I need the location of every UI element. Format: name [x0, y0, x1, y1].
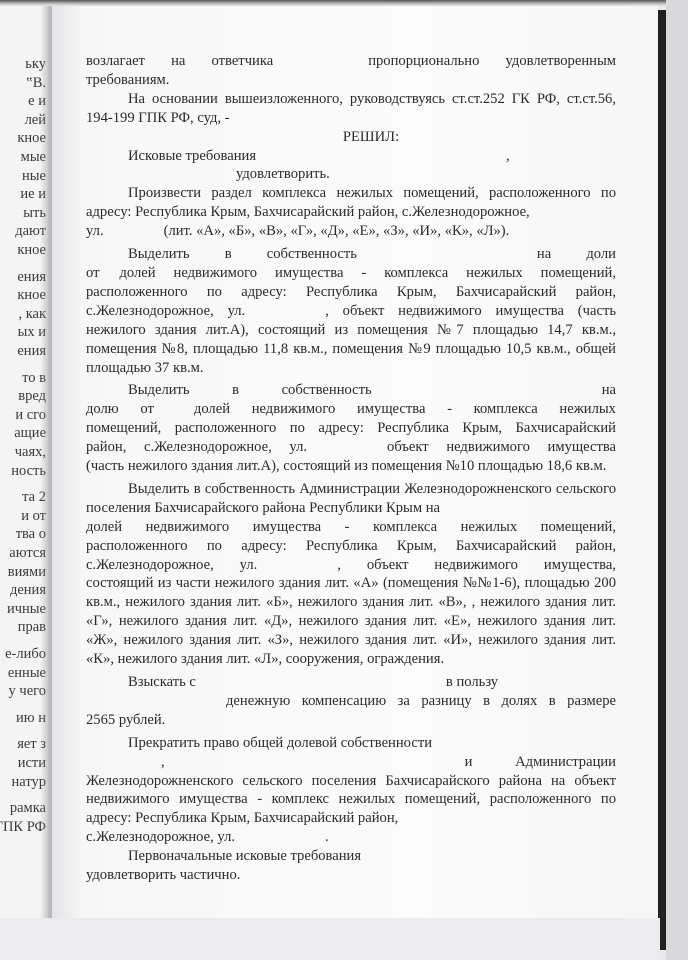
text: от — [86, 265, 99, 281]
text: Выделить в собственность — [128, 246, 357, 262]
paragraph-allocate-admin-line2: долей недвижимого имущества - комплекса … — [86, 518, 616, 537]
paragraph-allocate-2-details: (часть нежилого здания лит.А), состоящий… — [86, 457, 616, 476]
text: требованиям. — [86, 72, 169, 88]
text: с.Железнодорожное, ул. — [86, 303, 245, 319]
text: удовлетворить. — [236, 166, 330, 182]
text: пропорционально удовлетворенным — [368, 53, 616, 69]
document-body: возлагает на ответчикапропорционально уд… — [86, 52, 616, 885]
text: на доли — [537, 246, 616, 262]
paragraph-allocate-1-line3: расположенного по адресу: Республика Кры… — [86, 283, 616, 302]
paragraph-terminate-line2: ,и Администрации — [86, 753, 616, 772]
text: с.Железнодорожное, ул. — [86, 829, 235, 845]
paragraph-allocate-1-details: нежилого здания лит.А), состоящий из пом… — [86, 321, 616, 378]
scan-right-margin — [666, 0, 688, 960]
paragraph-terminate: Прекратить право общей долевой собственн… — [86, 734, 616, 753]
text: Исковые требования — [128, 148, 256, 164]
decision-heading: РЕШИЛ: — [86, 128, 616, 147]
paragraph-grounds: На основании вышеизложенного, руководств… — [86, 90, 616, 128]
paragraph-claims-end: удовлетворить. — [86, 165, 616, 184]
paragraph-compensation: Взыскать св пользу — [86, 673, 616, 692]
page-right-edge — [658, 10, 666, 950]
paragraph-costs: возлагает на ответчикапропорционально уд… — [86, 52, 616, 71]
text: . — [325, 829, 329, 845]
text: район, с.Железнодорожное, ул. — [86, 439, 307, 455]
text: и Администрации — [465, 754, 616, 770]
text: ул. — [86, 223, 104, 239]
paragraph-initial-claims-end: удовлетворить частично. — [86, 866, 616, 885]
paragraph-initial-claims: Первоначальные исковые требования — [86, 847, 616, 866]
text: объект недвижимого имущества — [387, 439, 616, 455]
text: на — [602, 382, 616, 398]
paragraph-compensation-line2: денежную компенсацию за разницу в долях … — [86, 692, 616, 711]
text: Взыскать с — [128, 674, 196, 690]
paragraph-terminate-body: Железнодорожненского сельского поселения… — [86, 772, 616, 829]
text: (лит. «А», «Б», «В», «Г», «Д», «Е», «З»,… — [164, 223, 510, 239]
paragraph-allocate-2-line2: долю отдолей недвижимого имущества - ком… — [86, 400, 616, 419]
paragraph-partition: Произвести раздел комплекса нежилых поме… — [86, 184, 616, 222]
scan-bottom-margin — [0, 918, 660, 960]
paragraph-allocate-1: Выделить в собственностьна доли — [86, 245, 616, 264]
text: долей недвижимого имущества - комплекса … — [119, 265, 616, 281]
text: денежную компенсацию за разницу в долях … — [226, 693, 616, 709]
paragraph-terminate-end: с.Железнодорожное, ул.. — [86, 828, 616, 847]
paragraph-partition-end: ул.(лит. «А», «Б», «В», «Г», «Д», «Е», «… — [86, 222, 616, 241]
text: возлагает на ответчика — [86, 53, 273, 69]
text: долю от — [86, 401, 154, 417]
text: , — [161, 754, 165, 770]
paragraph-allocate-2: Выделить в собственностьна — [86, 381, 616, 400]
paragraph-allocate-2-line4: район, с.Железнодорожное, ул.объект недв… — [86, 438, 616, 457]
text: , объект недвижимого имущества (часть — [325, 303, 616, 319]
paragraph-allocate-admin-details: состоящий из части нежилого здания лит. … — [86, 574, 616, 669]
paragraph-allocate-2-line3: помещений, расположенного по адресу: Рес… — [86, 419, 616, 438]
paragraph-allocate-1-line2: отдолей недвижимого имущества - комплекс… — [86, 264, 616, 283]
text: в пользу — [446, 674, 498, 690]
paragraph-compensation-amount: 2565 рублей. — [86, 711, 616, 730]
paragraph-claims: Исковые требования, — [86, 147, 616, 166]
paragraph-allocate-admin-line3: расположенного по адресу: Республика Кры… — [86, 537, 616, 556]
paragraph-allocate-admin: Выделить в собственность Администрации Ж… — [86, 480, 616, 518]
text: , — [506, 148, 510, 164]
text: Выделить в собственность — [128, 382, 372, 398]
paragraph-allocate-admin-line4: с.Железнодорожное, ул., объект недвижимо… — [86, 556, 616, 575]
text: с.Железнодорожное, ул. — [86, 557, 257, 573]
text: , объект недвижимого имущества, — [337, 557, 616, 573]
text: долей недвижимого имущества - комплекса … — [194, 401, 616, 417]
paragraph-costs-end: требованиям. — [86, 71, 616, 90]
paragraph-allocate-1-line4: с.Железнодорожное, ул., объект недвижимо… — [86, 302, 616, 321]
